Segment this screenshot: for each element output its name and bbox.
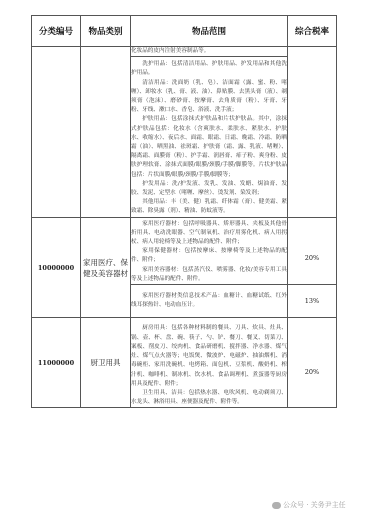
range-paragraph: 家用美容器材：包括蒸汽仪、喷雾器、化妆/美容专用工具等及上述物品的配件、附件。 [131, 266, 287, 284]
range-paragraph: 洗护用品：包括清洁用品、护肤用品、护发用品和其他洗护用品。 [131, 60, 287, 78]
range-cell: 化妆品的皮内注射美容制品等。 [131, 47, 288, 57]
watermark: 公众号 · 关务尹主任 [272, 500, 346, 510]
range-cell: 家用医疗器材类信息技术产品：血糖计、血糖试纸、红外线耳探热针、电动血压计。 [131, 285, 288, 318]
code-cell: 10000000 [32, 217, 81, 318]
rate-value: 20% [288, 368, 336, 376]
range-paragraph: 家用医疗器材类信息技术产品：血糖计、血糖试纸、红外线耳探热针、电动血压计。 [131, 292, 287, 310]
wechat-icon [272, 502, 281, 509]
header-range: 物品范围 [131, 16, 288, 47]
rate-value: 13% [288, 297, 336, 305]
rate-cell: 20% [288, 318, 337, 408]
rate-cell [288, 47, 337, 218]
category-cell: 家用医疗、保健及美容器材 [81, 217, 131, 318]
range-cell: 厨房用具：包括各种材料制的餐具、刀具、炊具、灶具、锅、壶、杯、盘、碗、筷子、勺、… [131, 318, 288, 408]
table-row: 化妆品的皮内注射美容制品等。 [32, 47, 337, 57]
range-paragraph: 清洁用品：洗面奶（乳、皂）、洁面霜（露、蜜、粉、啫喱）、卸妆水（乳、膏、液、油）… [131, 79, 287, 116]
table-row: 10000000 家用医疗、保健及美容器材 家用医疗器材：包括呼吸器具、矫形器具… [32, 217, 337, 284]
rate-cell: 13% [288, 285, 337, 318]
rate-value: 20% [288, 254, 336, 262]
range-paragraph: 化妆品的皮内注射美容制品等。 [131, 47, 287, 56]
range-paragraph: 其他用品：丰（美、健）乳霜、纤体霜（膏）、健美霜、紧致霜、除臭露（剂）、精油、防… [131, 198, 287, 216]
range-paragraph: 家用保健器材：包括按摩床、按摩椅等及上述物品的配件、附件； [131, 247, 287, 265]
code-cell: 11000000 [32, 318, 81, 408]
range-paragraph: 厨房用具：包括各种材料制的餐具、刀具、炊具、灶具、锅、壶、杯、盘、碗、筷子、勺、… [131, 324, 287, 388]
tax-rate-table: 分类编号 物品类别 物品范围 综合税率 化妆品的皮内注射美容制品等。 洗护用品：… [31, 15, 337, 408]
code-cell [32, 47, 81, 218]
header-category: 物品类别 [81, 16, 131, 47]
header-rate: 综合税率 [288, 16, 337, 47]
watermark-text: 公众号 · 关务尹主任 [283, 501, 346, 509]
table-header-row: 分类编号 物品类别 物品范围 综合税率 [32, 16, 337, 47]
category-cell: 厨卫用具 [81, 318, 131, 408]
header-code: 分类编号 [32, 16, 81, 47]
rate-cell: 20% [288, 217, 337, 284]
range-paragraph: 家用医疗器材：包括呼吸器具、矫形器具、夹板及其他骨折用具、电动洗眼器、空气制氧机… [131, 220, 287, 248]
range-cell: 洗护用品：包括清洁用品、护肤用品、护发用品和其他洗护用品。 清洁用品：洗面奶（乳… [131, 57, 288, 217]
range-paragraph: 护发用品：洗/护发液、发乳、发油、发蜡、焗油膏、发胶、发泥、定型水（啫喱、摩丝）… [131, 180, 287, 198]
category-cell [81, 47, 131, 218]
range-paragraph: 卫生用具、洁具：包括热水器、电吹风机、电动剃须刀、水龙头、淋浴用具、座便器及配件… [131, 389, 287, 407]
range-paragraph: 护肤用品：包括涂抹式护肤品和片状护肤品。其中，涂抹式护肤品包括：化妆水（含爽肤水… [131, 115, 287, 179]
table-row: 11000000 厨卫用具 厨房用具：包括各种材料制的餐具、刀具、炊具、灶具、锅… [32, 318, 337, 408]
range-cell: 家用医疗器材：包括呼吸器具、矫形器具、夹板及其他骨折用具、电动洗眼器、空气制氧机… [131, 217, 288, 284]
